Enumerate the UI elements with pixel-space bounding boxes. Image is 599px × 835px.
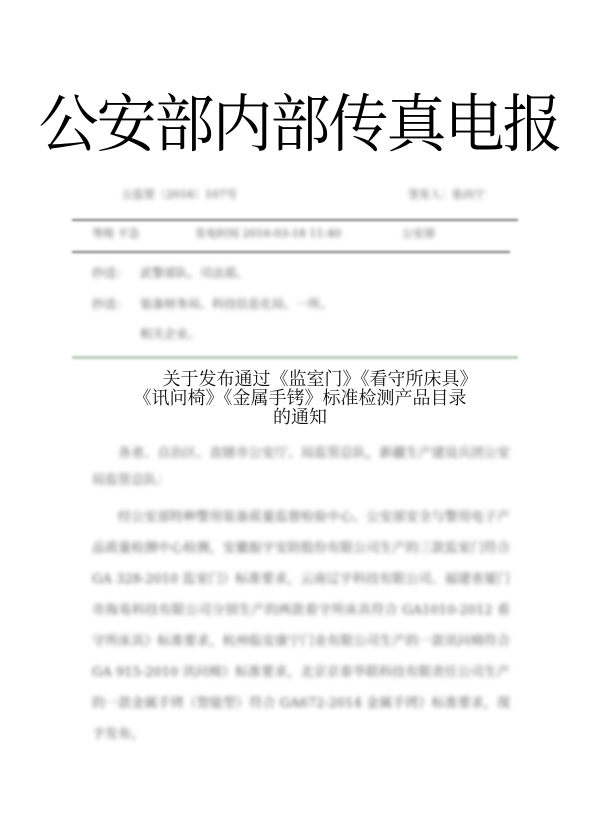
main-paragraph: 经公安部特种警用装备质量监督检验中心、公安部安全与警用电子产品质量检测中心检测，… [92, 502, 510, 750]
notice-title: 关于发布通过《监室门》《看守所床具》 《讯问椅》《金属手铐》标准检测产品目录 的… [80, 370, 520, 427]
recipients-label-2: 抄送： [92, 295, 128, 312]
divider-bottom [72, 356, 518, 359]
notice-title-line-3: 的通知 [80, 408, 520, 427]
notice-title-line-2: 《讯问椅》《金属手铐》标准检测产品目录 [80, 389, 520, 408]
divider-middle [72, 251, 510, 253]
sender: 公安部 [402, 225, 435, 241]
notice-body: 各省、自治区、直辖市公安厅、局监管总队，新疆生产建设兵团公安局监管总队： 经公安… [92, 440, 510, 750]
salutation-paragraph: 各省、自治区、直辖市公安厅、局监管总队，新疆生产建设兵团公安局监管总队： [92, 440, 510, 494]
notice-title-line-1: 关于发布通过《监室门》《看守所床具》 [80, 370, 520, 389]
recipients-1: 武警部队、司法部。 [140, 264, 248, 281]
send-time: 发电时间 2016-03-18 11:40 [195, 225, 341, 241]
recipients-2: 装备财务局、科技信息化局、一所。 [140, 295, 332, 312]
masthead-title: 公安部内部传真电报 [0, 83, 599, 167]
divider-top [72, 219, 518, 221]
priority: 等级 平急 [92, 225, 140, 241]
recipients-label-1: 抄送： [92, 264, 128, 281]
doc-number: 公监管〔2016〕107号 [122, 186, 237, 202]
recipients-3: 相关企业。 [140, 325, 200, 342]
signer: 签发人：张向宁 [408, 186, 485, 202]
